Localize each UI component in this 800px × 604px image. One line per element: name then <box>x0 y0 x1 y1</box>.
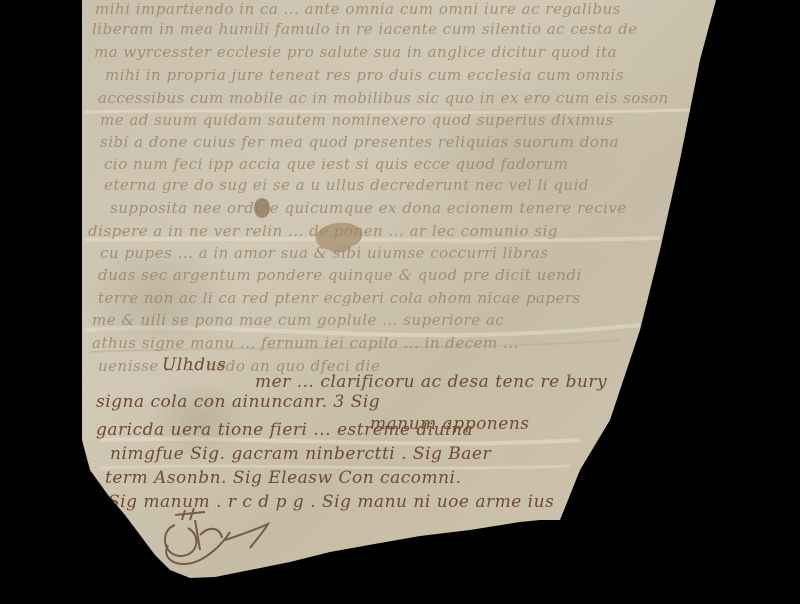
text-line-23: term Asonbn. Sig Eleasw Con cacomni. <box>105 468 461 488</box>
text-line-4: mihi in propria jure teneat res pro duis… <box>105 66 624 84</box>
text-line-12: cu pupes ... a in amor sua & sibi uiumse… <box>100 244 549 262</box>
text-line-3: ma wyrcesster ecclesie pro salute sua in… <box>94 43 617 61</box>
text-line-8: cio num feci ipp accia que iest si quis … <box>104 155 568 173</box>
text-line-21: garicda uera tione fieri ... estreme diu… <box>96 420 473 440</box>
text-line-13: duas sec argentum pondere quinque & quod… <box>98 266 582 284</box>
text-line-16: athus signe manu ... fernum iei capilo .… <box>92 334 519 352</box>
text-line-14: terre non ac li ca red ptenr ecgberi col… <box>98 289 581 307</box>
text-line-6: me ad suum quidam sautem nominexero quod… <box>100 111 614 129</box>
text-line-5: accessibus cum mobile ac in mobilibus si… <box>98 89 669 107</box>
manuscript-photograph: mihi impartiendo in ca ... ante omnia cu… <box>0 0 800 604</box>
text-line-15: me & uili se pona mae cum goplule ... su… <box>92 311 504 329</box>
text-line-7: sibi a done cuius fer mea quod presentes… <box>100 133 619 151</box>
text-line-22: nimgfue Sig. gacram ninberctti . Sig Bae… <box>110 444 491 464</box>
text-line-1: mihi impartiendo in ca ... ante omnia cu… <box>95 0 621 18</box>
text-line-9: eterna gre do sug ei se a u ullus decred… <box>104 176 589 194</box>
text-line-24: Sig manum . r c d p g . Sig manu ni uoe … <box>108 492 554 512</box>
text-line-11: dispere a in ne ver relin ... de ponen .… <box>88 222 558 240</box>
text-line-18: mer ... clarificoru ac desa tenc re bury <box>255 372 607 392</box>
text-line-2: liberam in mea humili famulo in re iacen… <box>92 20 638 38</box>
text-line-witness-name: Ulhdus <box>162 355 226 375</box>
text-line-19: signa cola con ainuncanr. 3 Sig <box>96 392 380 412</box>
text-line-10: supposita nee ordine quicumque ex dona e… <box>110 199 627 217</box>
